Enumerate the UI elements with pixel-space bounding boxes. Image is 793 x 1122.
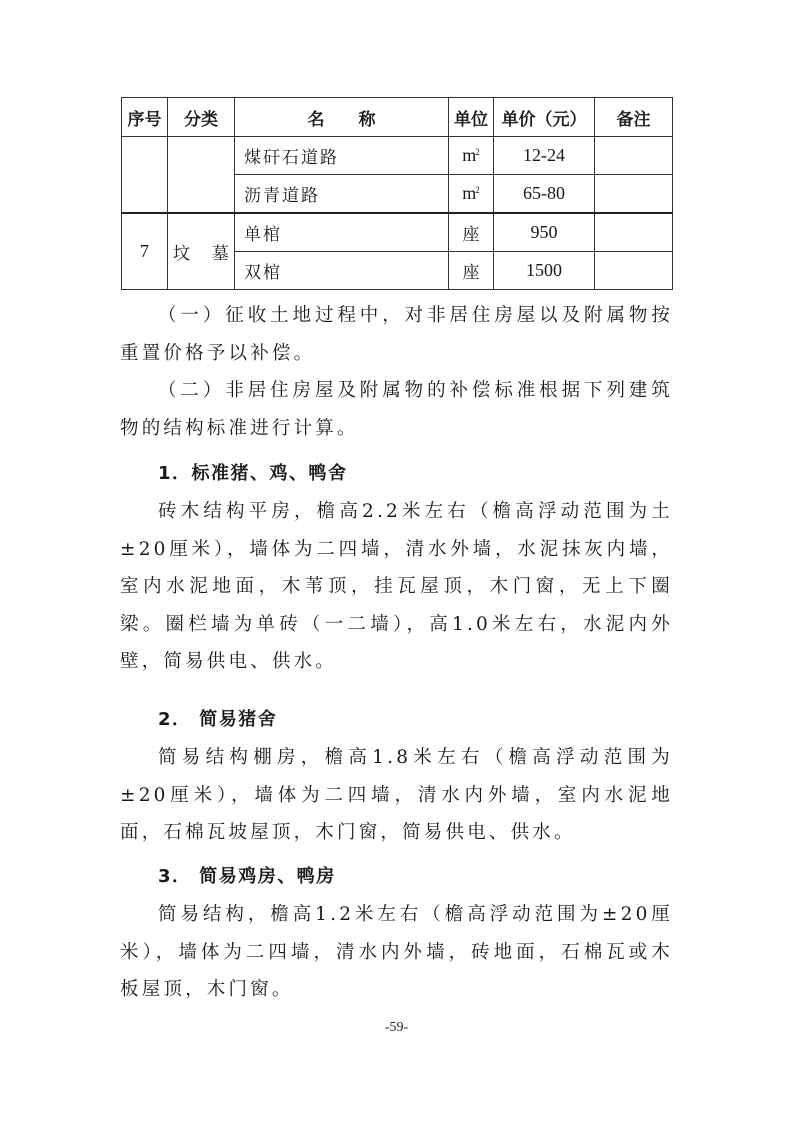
category-char-2: 墓 xyxy=(212,244,229,264)
table-row: 7 坟墓 单棺 座 950 xyxy=(122,213,673,252)
price-cell: 1500 xyxy=(494,252,595,290)
category-cell: 坟墓 xyxy=(168,213,235,290)
table-header-row: 序号 分类 名 称 单位 单价（元） 备注 xyxy=(122,98,673,137)
unit-cell: m2 xyxy=(449,137,494,175)
section-body-2: 简易结构棚房，檐高1.8米左右（檐高浮动范围为±20厘米），墙体为二四墙，清水内… xyxy=(120,739,673,852)
header-unit-price: 单价（元） xyxy=(494,98,595,137)
note-cell xyxy=(595,252,673,290)
section-heading-3: 3． 简易鸡房、鸭房 xyxy=(158,862,336,888)
name-cell: 沥青道路 xyxy=(235,175,449,214)
note-cell xyxy=(595,175,673,214)
section-heading-1: 1．标准猪、鸡、鸭舍 xyxy=(158,459,348,485)
section-body-1: 砖木结构平房，檐高2.2米左右（檐高浮动范围为土±20厘米），墙体为二四墙，清水… xyxy=(120,493,673,681)
section-heading-2: 2． 简易猪舍 xyxy=(158,705,277,731)
unit-cell: m2 xyxy=(449,175,494,214)
name-cell: 双棺 xyxy=(235,252,449,290)
price-cell: 950 xyxy=(494,213,595,252)
price-cell: 65-80 xyxy=(494,175,595,214)
unit-cell: 座 xyxy=(449,252,494,290)
category-cell xyxy=(168,137,235,214)
unit-superscript: 2 xyxy=(475,147,480,157)
index-cell: 7 xyxy=(122,213,168,290)
category-char-1: 坟 xyxy=(173,244,190,264)
note-cell xyxy=(595,137,673,175)
compensation-price-table: 序号 分类 名 称 单位 单价（元） 备注 煤矸石道路 m2 12-24 沥青道… xyxy=(121,97,673,290)
note-cell xyxy=(595,213,673,252)
price-cell: 12-24 xyxy=(494,137,595,175)
page-number: -59- xyxy=(0,1020,793,1036)
unit-cell: 座 xyxy=(449,213,494,252)
name-cell: 单棺 xyxy=(235,213,449,252)
header-name: 名 称 xyxy=(235,98,449,137)
header-note: 备注 xyxy=(595,98,673,137)
header-category: 分类 xyxy=(168,98,235,137)
section-body-3: 简易结构，檐高1.2米左右（檐高浮动范围为±20厘米），墙体为二四墙，清水内外墙… xyxy=(120,896,673,1009)
paragraph-two: （二）非居住房屋及附属物的补偿标准根据下列建筑物的结构标准进行计算。 xyxy=(120,372,673,447)
name-cell: 煤矸石道路 xyxy=(235,137,449,175)
index-cell xyxy=(122,137,168,214)
table-row: 煤矸石道路 m2 12-24 xyxy=(122,137,673,175)
document-page: 序号 分类 名 称 单位 单价（元） 备注 煤矸石道路 m2 12-24 沥青道… xyxy=(0,0,793,1122)
header-unit: 单位 xyxy=(449,98,494,137)
header-index: 序号 xyxy=(122,98,168,137)
unit-superscript: 2 xyxy=(475,185,480,195)
paragraph-one: （一）征收土地过程中，对非居住房屋以及附属物按重置价格予以补偿。 xyxy=(120,297,673,372)
